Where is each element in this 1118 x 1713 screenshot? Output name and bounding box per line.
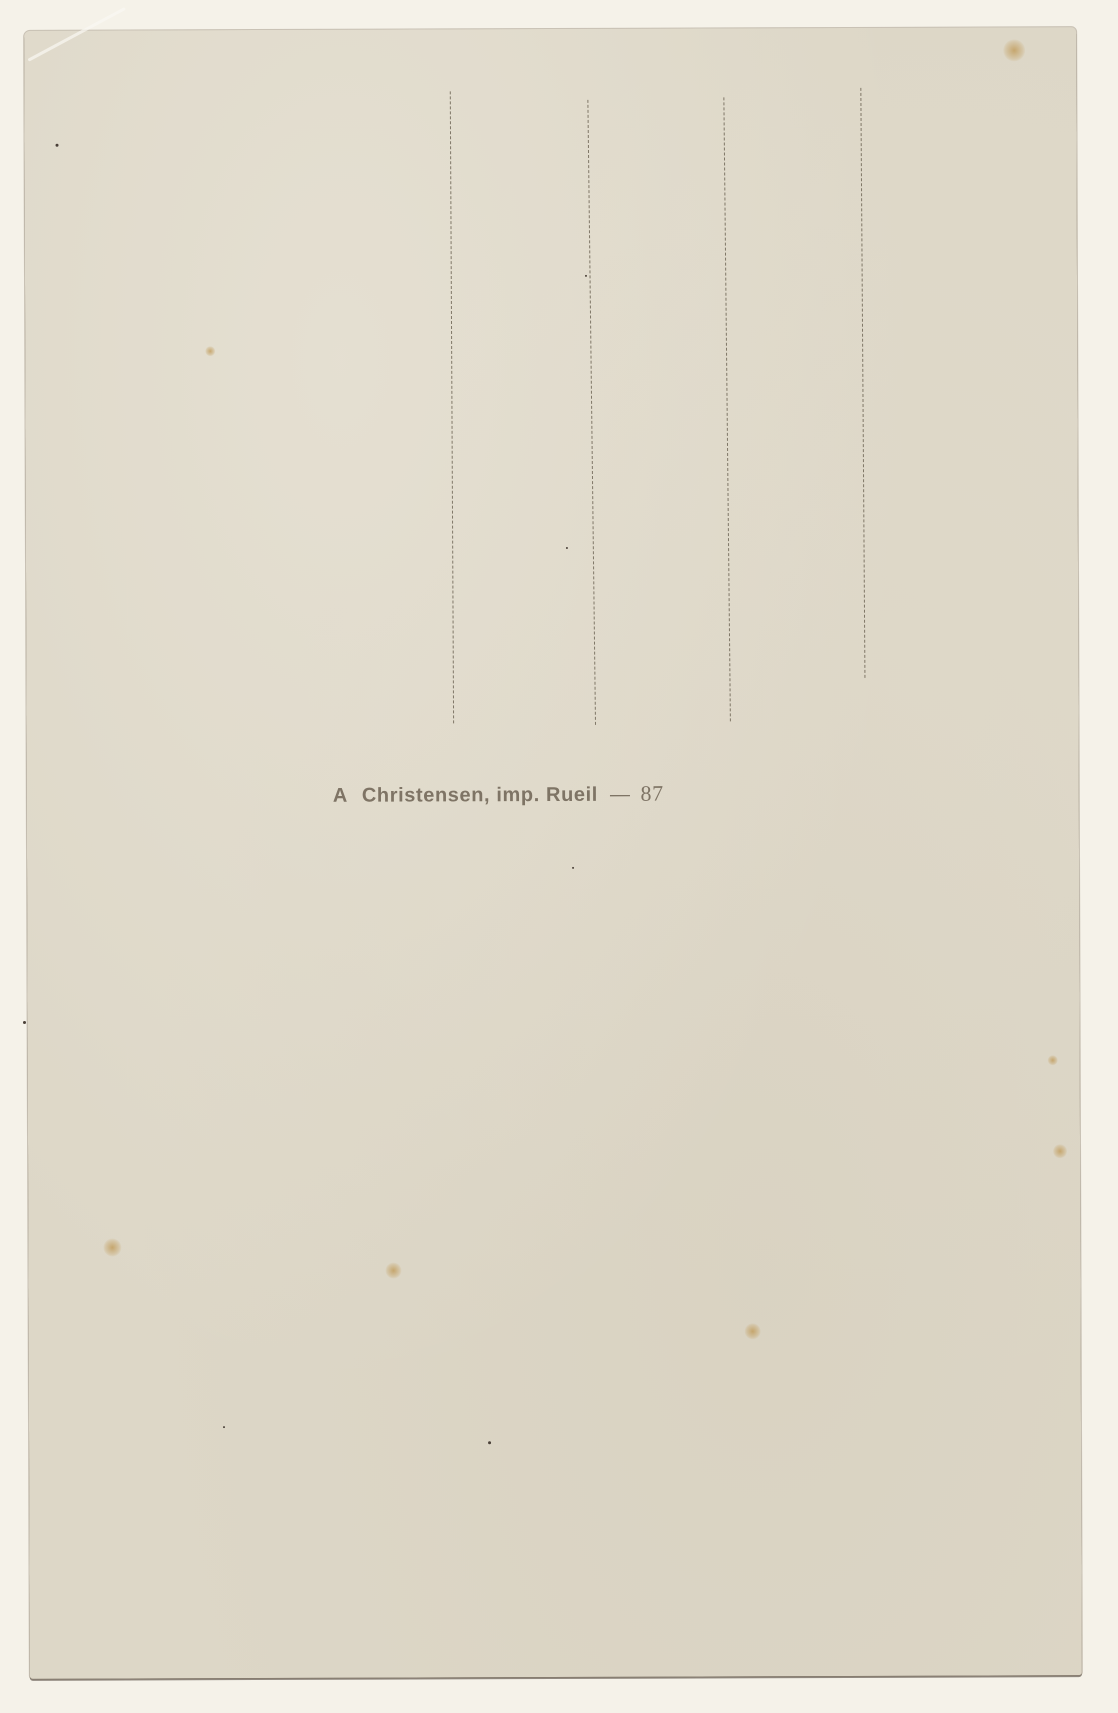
speck [56, 144, 59, 147]
background-speck [23, 1021, 26, 1024]
imprint-dash: — [610, 784, 631, 806]
corner-crease [28, 7, 126, 62]
speck [488, 1441, 491, 1444]
imprint-initial: A [333, 785, 348, 807]
foxing-spot [1048, 1055, 1058, 1065]
divider-line-1 [450, 91, 454, 723]
speck [566, 547, 568, 549]
foxing-spot [205, 346, 215, 356]
foxing-spot [1003, 39, 1025, 61]
speck [223, 1426, 225, 1428]
imprint-number: 87 [640, 781, 663, 806]
foxing-spot [1053, 1144, 1067, 1158]
imprint-publisher: Christensen, imp. Rueil [362, 784, 598, 807]
speck [585, 275, 587, 277]
divider-line-4 [860, 88, 865, 678]
foxing-spot [385, 1263, 401, 1279]
postcard-back: AChristensen, imp. Rueil—87 [24, 27, 1082, 1679]
speck [572, 867, 574, 869]
divider-line-2 [587, 100, 596, 725]
divider-line-3 [723, 97, 731, 721]
printer-imprint: AChristensen, imp. Rueil—87 [333, 781, 664, 808]
foxing-spot [745, 1323, 761, 1339]
foxing-spot [103, 1239, 121, 1257]
